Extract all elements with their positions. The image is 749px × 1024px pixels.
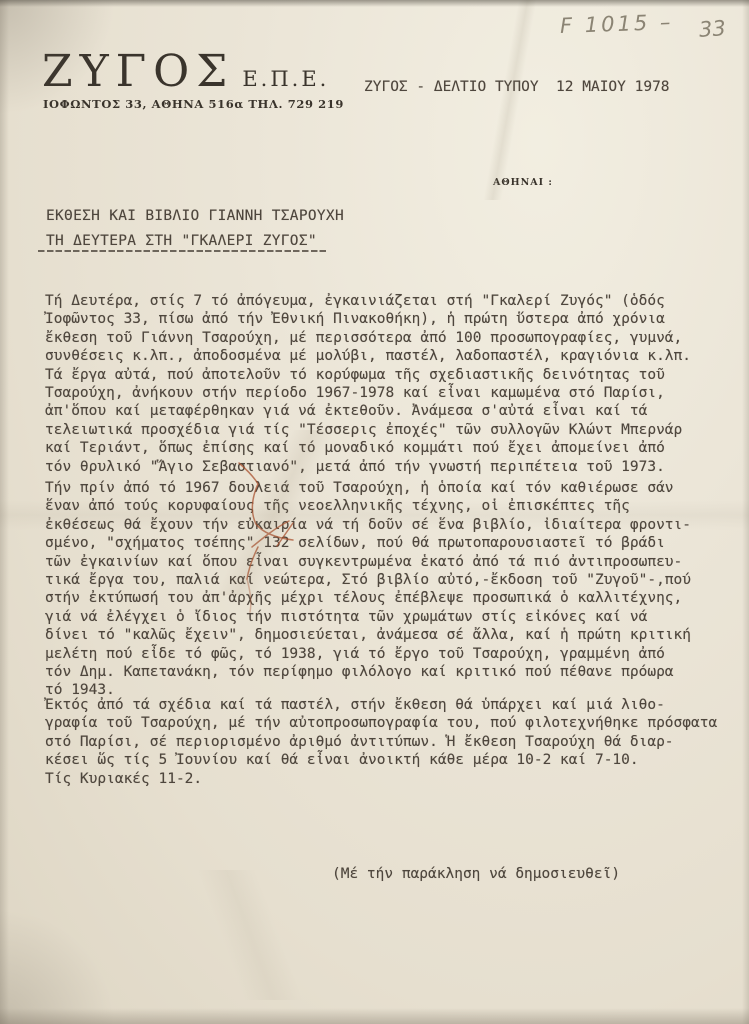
paper-crease xyxy=(90,870,410,1000)
archive-number-annotation: 33 xyxy=(698,16,726,42)
place-label: ΑΘΗΝΑΙ : xyxy=(493,177,553,188)
title-line-2: ΤΗ ΔΕΥΤΕΡΑ ΣΤΗ "ΓΚΑΛΕΡΙ ΖΥΓΟΣ" xyxy=(46,232,317,250)
paper-crease xyxy=(470,0,550,200)
title-line-1: ΕΚΘΕΣΗ ΚΑΙ ΒΙΒΛΙΟ ΓΙΑΝΝΗ ΤΣΑΡΟΥΧΗ xyxy=(46,207,344,225)
scanned-press-release-page: ΖΥΓΟΣΕ.Π.Ε. ΙΟΦΩΝΤΟΣ 33, ΑΘΗΝΑ 516α ΤΗΛ.… xyxy=(0,0,749,1024)
closing-note: (Μέ τήν παράκληση νά δημοσιευθεῖ) xyxy=(332,865,620,883)
letterhead: ΖΥΓΟΣΕ.Π.Ε. xyxy=(42,50,329,101)
letterhead-brand: ΖΥΓΟΣ xyxy=(42,46,234,97)
paragraph-2: Τήν πρίν ἀπό τό 1967 δουλειά τοῦ Τσαρούχ… xyxy=(45,479,691,700)
press-release-dateline: ΖΥΓΟΣ - ΔΕΛΤΙΟ ΤΥΠΟΥ 12 ΜΑΙΟΥ 1978 xyxy=(364,78,670,96)
title-underline xyxy=(38,250,327,252)
paragraph-3: Ἐκτός ἀπό τά σχέδια καί τά παστέλ, στήν … xyxy=(45,696,717,788)
letterhead-address: ΙΟΦΩΝΤΟΣ 33, ΑΘΗΝΑ 516α ΤΗΛ. 729 219 xyxy=(43,97,344,111)
paragraph-1: Τή Δευτέρα, στίς 7 τό ἀπόγευμα, ἐγκαινιά… xyxy=(45,292,691,476)
letterhead-brand-suffix: Ε.Π.Ε. xyxy=(242,67,329,91)
archive-code-annotation: F 1015 – xyxy=(560,10,674,38)
